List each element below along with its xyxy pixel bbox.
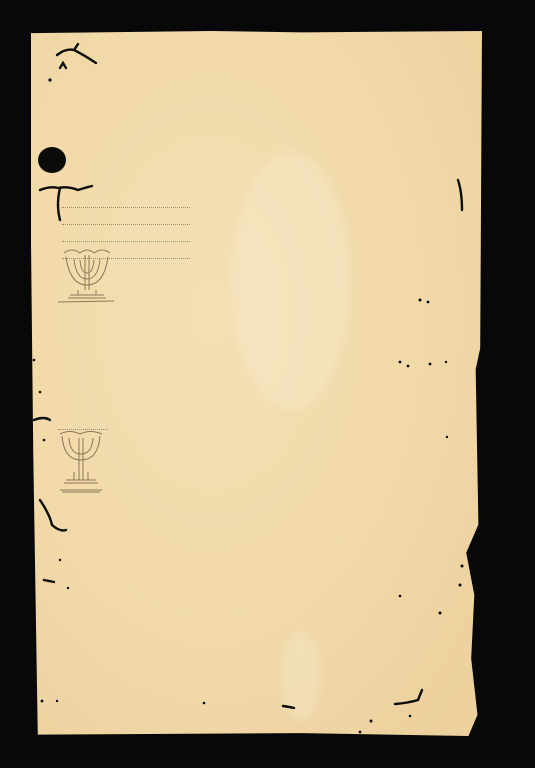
text-line xyxy=(62,213,190,225)
text-line xyxy=(62,230,190,242)
menorah-drawing-icon xyxy=(52,245,122,305)
text-line xyxy=(58,418,108,430)
menorah-drawing-icon xyxy=(52,430,110,495)
paper-damage xyxy=(0,0,535,768)
text-line xyxy=(62,196,190,208)
